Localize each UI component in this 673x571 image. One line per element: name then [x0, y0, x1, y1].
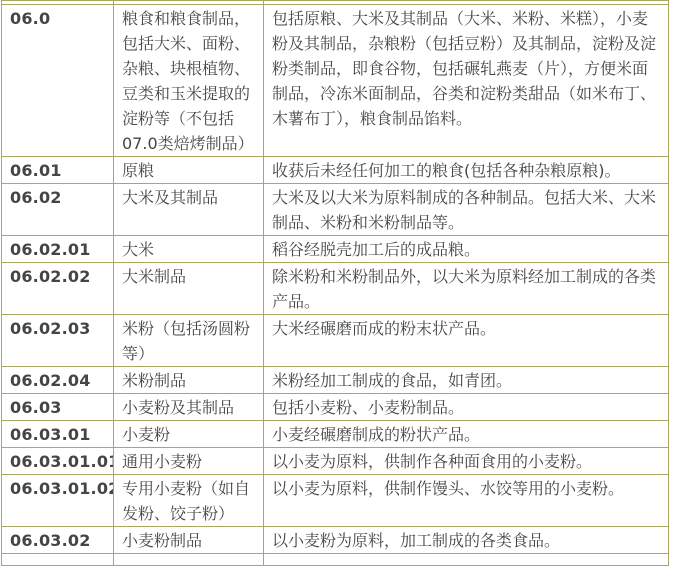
cropped-row-bottom [2, 554, 669, 566]
table-row: 06.02大米及其制品大米及以大米为原料制成的各种制品。包括大米、大米制品、米粉… [2, 184, 669, 236]
code-cell: 06.02.01 [2, 236, 114, 263]
name-cell: 大米制品 [114, 263, 264, 315]
empty-cell [114, 554, 264, 566]
code-cell: 06.03.02 [2, 527, 114, 554]
description-cell: 包括小麦粉、小麦粉制品。 [264, 394, 669, 421]
table-row: 06.02.04米粉制品米粉经加工制成的食品，如青团。 [2, 367, 669, 394]
table-row: 06.03.01.01通用小麦粉以小麦为原料，供制作各种面食用的小麦粉。 [2, 448, 669, 475]
name-cell: 大米及其制品 [114, 184, 264, 236]
name-cell: 小麦粉制品 [114, 527, 264, 554]
code-cell: 06.03 [2, 394, 114, 421]
description-cell: 大米及以大米为原料制成的各种制品。包括大米、大米制品、米粉和米粉制品等。 [264, 184, 669, 236]
food-category-table: 06.0粮食和粮食制品，包括大米、面粉、杂粮、块根植物、豆类和玉米提取的淀粉等（… [1, 0, 669, 566]
table-row: 06.0粮食和粮食制品，包括大米、面粉、杂粮、块根植物、豆类和玉米提取的淀粉等（… [2, 5, 669, 157]
code-cell: 06.02 [2, 184, 114, 236]
empty-cell [2, 554, 114, 566]
code-cell: 06.03.01.01 [2, 448, 114, 475]
empty-cell [264, 554, 669, 566]
description-cell: 小麦经碾磨制成的粉状产品。 [264, 421, 669, 448]
name-cell: 原粮 [114, 157, 264, 184]
description-cell: 包括原粮、大米及其制品（大米、米粉、米糕），小麦粉及其制品，杂粮粉（包括豆粉）及… [264, 5, 669, 157]
table-row: 06.02.02大米制品除米粉和米粉制品外，以大米为原料经加工制成的各类产品。 [2, 263, 669, 315]
code-cell: 06.02.02 [2, 263, 114, 315]
table-row: 06.03.02小麦粉制品以小麦粉为原料，加工制成的各类食品。 [2, 527, 669, 554]
table-row: 06.02.03米粉（包括汤圆粉等）大米经碾磨而成的粉末状产品。 [2, 315, 669, 367]
name-cell: 小麦粉 [114, 421, 264, 448]
code-cell: 06.02.03 [2, 315, 114, 367]
name-cell: 大米 [114, 236, 264, 263]
name-cell: 小麦粉及其制品 [114, 394, 264, 421]
description-cell: 以小麦为原料，供制作馒头、水饺等用的小麦粉。 [264, 475, 669, 527]
table-row: 06.03.01.02专用小麦粉（如自发粉、饺子粉）以小麦为原料，供制作馒头、水… [2, 475, 669, 527]
description-cell: 以小麦粉为原料，加工制成的各类食品。 [264, 527, 669, 554]
description-cell: 米粉经加工制成的食品，如青团。 [264, 367, 669, 394]
table-row: 06.02.01大米稻谷经脱壳加工后的成品粮。 [2, 236, 669, 263]
food-category-table-body: 06.0粮食和粮食制品，包括大米、面粉、杂粮、块根植物、豆类和玉米提取的淀粉等（… [2, 1, 669, 566]
page: 06.0粮食和粮食制品，包括大米、面粉、杂粮、块根植物、豆类和玉米提取的淀粉等（… [0, 0, 673, 571]
table-row: 06.03.01小麦粉小麦经碾磨制成的粉状产品。 [2, 421, 669, 448]
code-cell: 06.01 [2, 157, 114, 184]
description-cell: 以小麦为原料，供制作各种面食用的小麦粉。 [264, 448, 669, 475]
name-cell: 粮食和粮食制品，包括大米、面粉、杂粮、块根植物、豆类和玉米提取的淀粉等（不包括0… [114, 5, 264, 157]
description-cell: 收获后未经任何加工的粮食(包括各种杂粮原粮)。 [264, 157, 669, 184]
code-cell: 06.02.04 [2, 367, 114, 394]
name-cell: 米粉制品 [114, 367, 264, 394]
name-cell: 专用小麦粉（如自发粉、饺子粉） [114, 475, 264, 527]
name-cell: 通用小麦粉 [114, 448, 264, 475]
code-cell: 06.0 [2, 5, 114, 157]
description-cell: 除米粉和米粉制品外，以大米为原料经加工制成的各类产品。 [264, 263, 669, 315]
name-cell: 米粉（包括汤圆粉等） [114, 315, 264, 367]
code-cell: 06.03.01.02 [2, 475, 114, 527]
table-row: 06.03小麦粉及其制品包括小麦粉、小麦粉制品。 [2, 394, 669, 421]
table-row: 06.01原粮收获后未经任何加工的粮食(包括各种杂粮原粮)。 [2, 157, 669, 184]
code-cell: 06.03.01 [2, 421, 114, 448]
description-cell: 大米经碾磨而成的粉末状产品。 [264, 315, 669, 367]
description-cell: 稻谷经脱壳加工后的成品粮。 [264, 236, 669, 263]
